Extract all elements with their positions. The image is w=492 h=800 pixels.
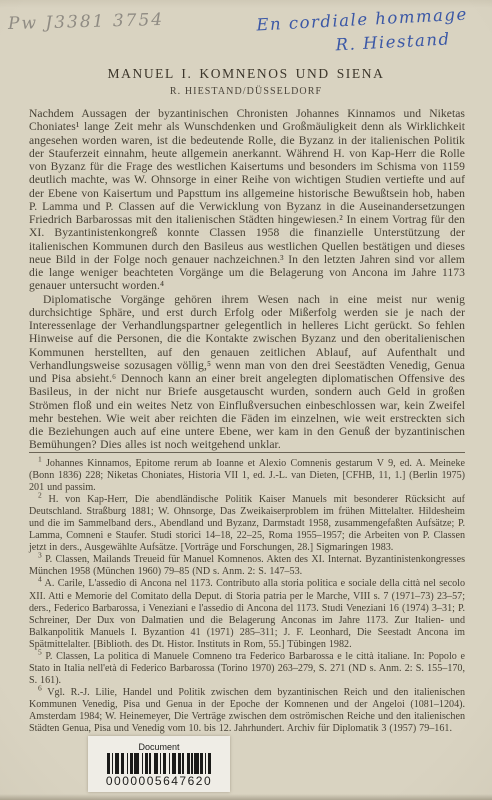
article-author: R. HIESTAND/DÜSSELDORF [0,86,492,97]
footnote-marker: 1 [38,455,42,464]
footnote: 6 Vgl. R.-J. Lilie, Handel und Politik z… [29,687,465,735]
pencil-shelfmark-note: Pw J3381 3754 [8,10,165,34]
handwritten-dedication: En cordiale hommage R. Hiestand [255,2,469,61]
article-title: MANUEL I. KOMNENOS UND SIENA [0,66,492,82]
footnote-separator [29,452,465,453]
footnote: 3 P. Classen, Mailands Treueid für Manue… [29,554,465,578]
footnote: 1 Johannes Kinnamos, Epitome rerum ab Io… [29,458,465,494]
article-header: MANUEL I. KOMNENOS UND SIENA R. HIESTAND… [0,66,492,97]
footnote: 4 A. Carile, L'assedio di Ancona nel 117… [29,578,465,650]
barcode-label: Document [138,742,179,752]
barcode-icon [107,753,211,774]
body-paragraph: Nachdem Aussagen der byzantinischen Chro… [29,107,465,293]
body-text: Nachdem Aussagen der byzantinischen Chro… [29,107,465,452]
footnote: 2 H. von Kap-Herr, Die abendländische Po… [29,494,465,554]
scanned-article-page: Pw J3381 3754 En cordiale hommage R. Hie… [0,0,492,800]
footnote-marker: 5 [38,647,42,656]
footnote-section: 1 Johannes Kinnamos, Epitome rerum ab Io… [29,452,465,735]
footnote-marker: 2 [38,491,42,500]
footnotes: 1 Johannes Kinnamos, Epitome rerum ab Io… [29,458,465,735]
barcode-sticker: Document 0000005647620 [88,736,230,792]
footnote-marker: 3 [38,551,42,560]
footnote: 5 P. Classen, La politica di Manuele Com… [29,651,465,687]
footnote-marker: 6 [38,684,42,693]
footnote-marker: 4 [38,575,42,584]
barcode-number: 0000005647620 [106,775,212,787]
body-paragraph: Diplomatische Vorgänge gehören ihrem Wes… [29,293,465,452]
